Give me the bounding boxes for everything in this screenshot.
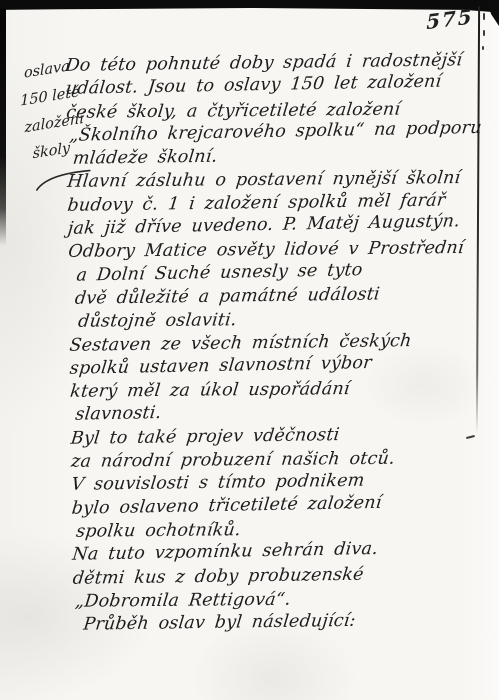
manuscript-line: dětmi kus z doby probuzenské [71,562,477,591]
scan-artifact [482,46,484,50]
page-number: 575 [426,4,474,34]
scanned-manuscript-page: { "page": { "number": "575" }, "margin_n… [0,0,499,700]
scan-border-top [0,0,499,16]
scan-artifact [483,13,485,20]
scan-border-corner [486,0,499,26]
scan-border-left [0,8,6,246]
page-edge-line [476,6,480,434]
paper-background: 575 oslava 150 leté založení školy Do té… [0,0,499,700]
manuscript-text: Do této pohnuté doby spadá i radostnější… [64,49,476,637]
scan-artifact [483,30,485,36]
manuscript-line: Průběh oslav byl následující: [72,608,478,637]
